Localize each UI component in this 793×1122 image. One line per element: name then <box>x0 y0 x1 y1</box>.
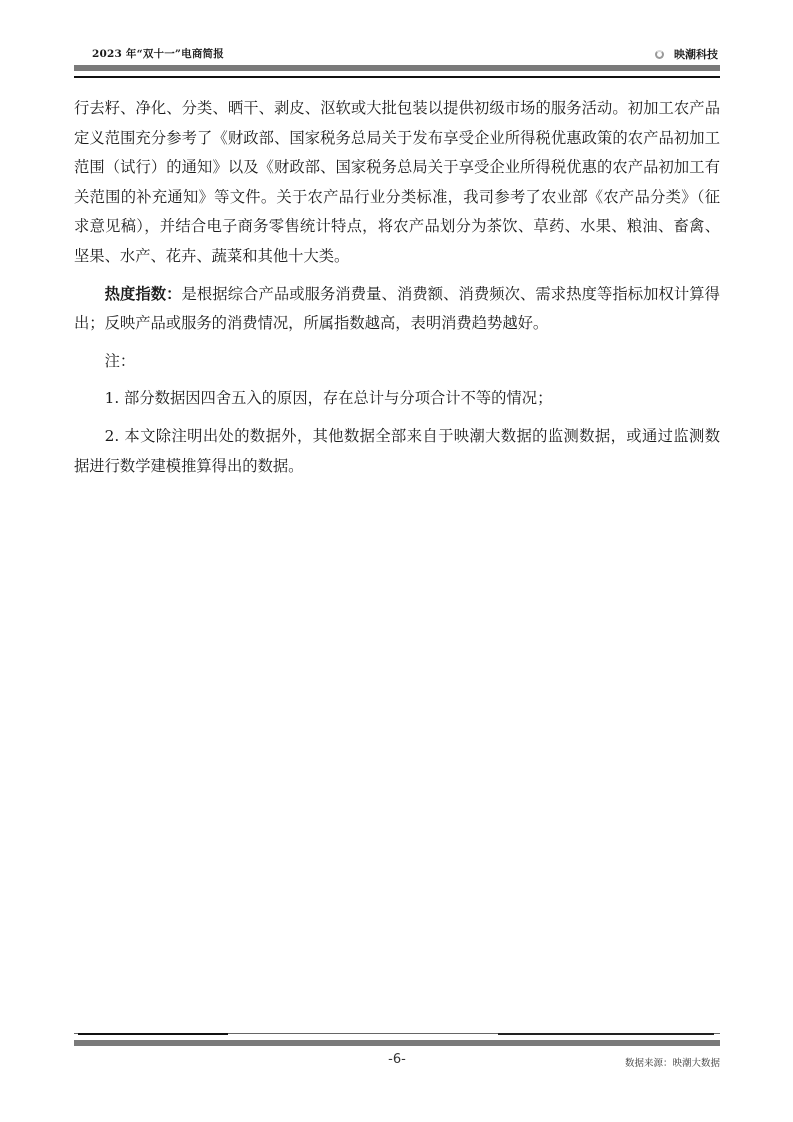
note-label: 注： <box>74 347 720 377</box>
page-header: 2023 年“双十一”电商简报 映潮科技 <box>74 46 720 78</box>
document-body: 行去籽、净化、分类、晒干、剥皮、沤软或大批包装以提供初级市场的服务活动。初加工农… <box>74 94 720 481</box>
data-source: 数据来源：映潮大数据 <box>625 1055 720 1069</box>
footer-divider-accent-left <box>78 1033 228 1035</box>
report-title: 2023 年“双十一”电商简报 <box>92 46 224 61</box>
brand-logo-icon <box>655 50 664 59</box>
paragraph-processing-definition: 行去籽、净化、分类、晒干、剥皮、沤软或大批包装以提供初级市场的服务活动。初加工农… <box>74 94 720 272</box>
brand-name: 映潮科技 <box>674 46 718 62</box>
note-item-1: 1. 部分数据因四舍五入的原因，存在总计与分项合计不等的情况； <box>74 384 720 414</box>
footer-divider-bar <box>74 1040 720 1046</box>
footer-divider-accent-right <box>498 1033 714 1035</box>
header-divider-line <box>74 76 720 78</box>
header-divider-bar <box>74 65 720 71</box>
paragraph-heat-index: 热度指数：是根据综合产品或服务消费量、消费额、消费频次、需求热度等指标加权计算得… <box>74 280 720 339</box>
heat-index-term: 热度指数： <box>105 285 182 303</box>
note-item-2: 2. 本文除注明出处的数据外，其他数据全部来自于映潮大数据的监测数据，或通过监测… <box>74 422 720 481</box>
page-number: -6- <box>74 1052 720 1067</box>
brand: 映潮科技 <box>655 46 718 62</box>
